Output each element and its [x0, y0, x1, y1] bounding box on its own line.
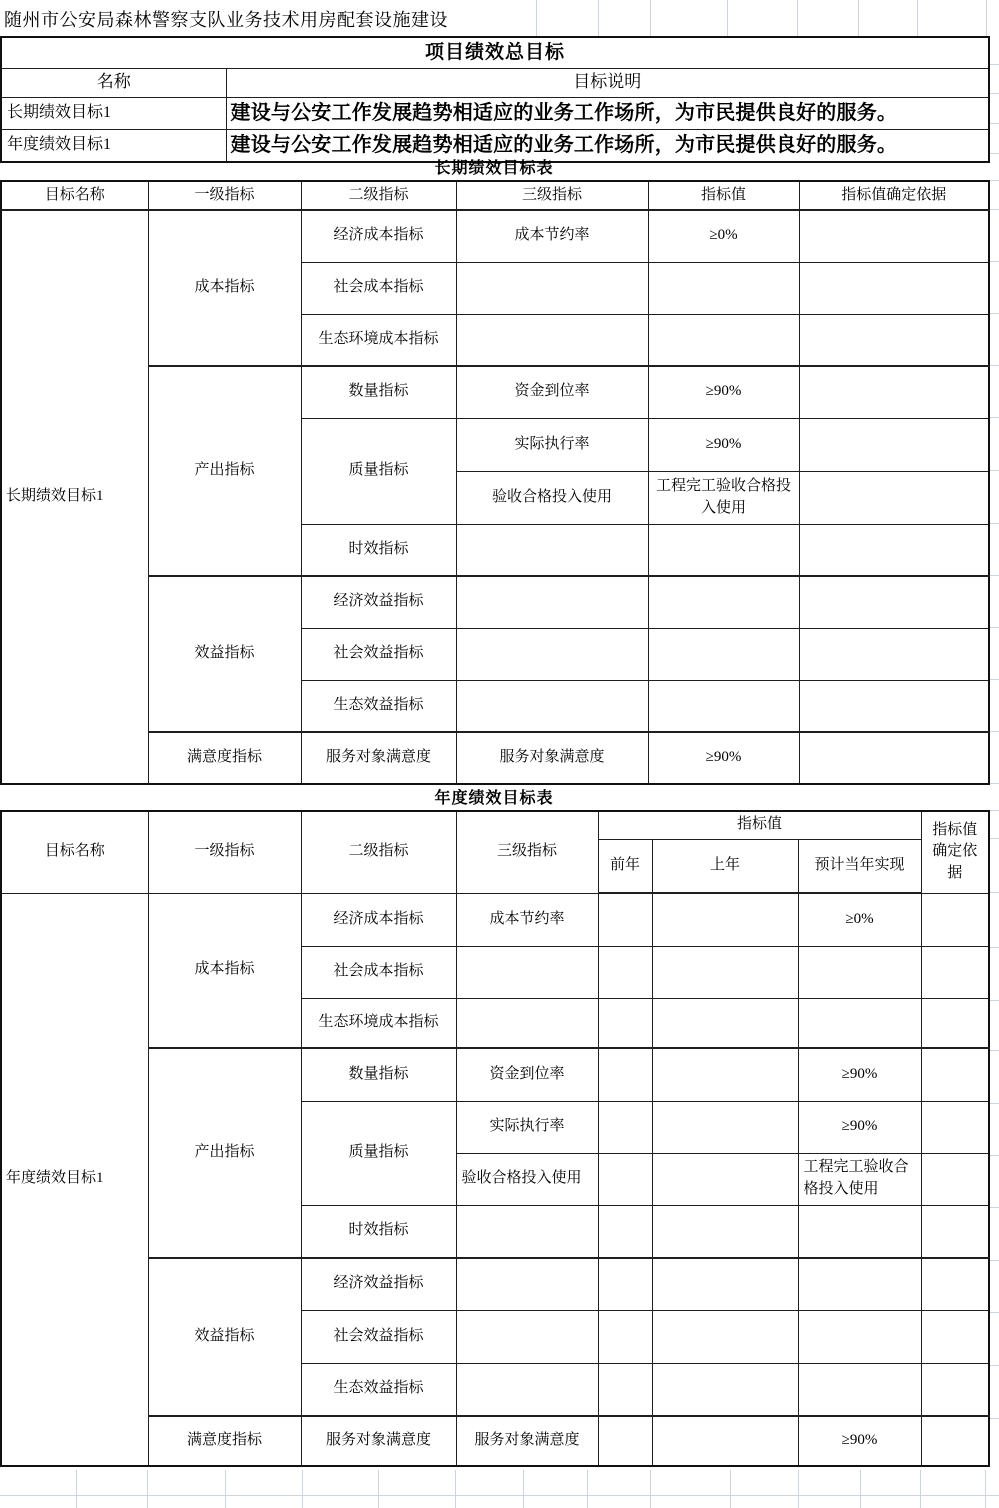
prev-year-cell[interactable] [598, 1153, 652, 1205]
level2-cell[interactable]: 社会成本指标 [301, 262, 456, 314]
level1-cell[interactable]: 效益指标 [148, 576, 301, 732]
value-cell[interactable] [648, 524, 799, 576]
value-cell[interactable] [648, 680, 799, 732]
name-header-cell[interactable]: 名称 [1, 68, 226, 97]
level3-cell[interactable]: 资金到位率 [456, 366, 648, 418]
gridline [860, 1470, 861, 1508]
table-row: 满意度指标 服务对象满意度 服务对象满意度 ≥90% [1, 1416, 989, 1466]
basis-cell[interactable] [799, 524, 989, 576]
col-header-level2[interactable]: 二级指标 [301, 181, 456, 210]
col-header-current-year[interactable]: 预计当年实现 [798, 839, 921, 893]
level2-cell[interactable]: 时效指标 [301, 524, 456, 576]
table-row: 满意度指标 服务对象满意度 服务对象满意度 ≥90% [1, 732, 989, 784]
basis-cell[interactable] [921, 1258, 989, 1310]
level1-cell[interactable]: 成本指标 [148, 210, 301, 366]
value-cell[interactable]: ≥90% [648, 732, 799, 784]
gridline [147, 1470, 148, 1508]
level2-cell[interactable]: 质量指标 [301, 418, 456, 524]
gridline [455, 1470, 456, 1508]
value-cell[interactable]: ≥0% [648, 210, 799, 262]
gridline [798, 1470, 799, 1508]
current-year-cell[interactable] [798, 1258, 921, 1310]
goal-name-cell[interactable]: 长期绩效目标1 [1, 97, 226, 129]
level2-cell[interactable]: 生态环境成本指标 [301, 314, 456, 366]
basis-cell[interactable] [921, 998, 989, 1048]
longterm-table-title[interactable]: 长期绩效目标表 [0, 153, 988, 180]
level2-cell[interactable]: 生态环境成本指标 [301, 998, 456, 1048]
gridline [650, 1470, 651, 1508]
gridline [302, 1470, 303, 1508]
basis-cell[interactable] [921, 1310, 989, 1363]
table-row: 项目绩效总目标 [1, 37, 989, 68]
current-year-cell[interactable]: ≥90% [798, 1416, 921, 1466]
current-year-cell[interactable]: ≥0% [798, 893, 921, 946]
col-header-goal[interactable]: 目标名称 [1, 811, 148, 893]
col-header-level2[interactable]: 二级指标 [301, 811, 456, 893]
prev-year-cell[interactable] [598, 1205, 652, 1258]
current-year-cell[interactable]: ≥90% [798, 1101, 921, 1153]
value-cell[interactable] [648, 262, 799, 314]
prev-year-cell[interactable] [598, 1363, 652, 1416]
current-year-cell[interactable] [798, 1310, 921, 1363]
gridline [650, 0, 651, 36]
prev-year-cell[interactable] [598, 1101, 652, 1153]
gridline [0, 1495, 999, 1496]
annual-table: 目标名称 一级指标 二级指标 三级指标 指标值 指标值确定依据 前年 上年 预计… [0, 810, 990, 1467]
current-year-cell[interactable] [798, 946, 921, 998]
prev-year-cell[interactable] [598, 1048, 652, 1101]
prev-year-cell[interactable] [598, 893, 652, 946]
prev-year-cell[interactable] [598, 946, 652, 998]
level2-cell[interactable]: 数量指标 [301, 366, 456, 418]
value-cell[interactable]: ≥90% [648, 366, 799, 418]
gridline [858, 0, 859, 36]
level3-cell[interactable] [456, 946, 598, 998]
value-cell[interactable] [648, 576, 799, 628]
gridline [797, 0, 798, 36]
table-row: 效益指标 经济效益指标 [1, 1258, 989, 1310]
value-cell[interactable] [648, 628, 799, 680]
value-cell[interactable] [648, 314, 799, 366]
last-year-cell[interactable] [652, 998, 798, 1048]
level3-cell[interactable]: 实际执行率 [456, 418, 648, 471]
current-year-cell[interactable]: 工程完工验收合格投入使用 [798, 1153, 921, 1205]
level3-cell[interactable]: 验收合格投入使用 [456, 471, 648, 524]
level2-cell[interactable]: 服务对象满意度 [301, 1416, 456, 1466]
basis-cell[interactable] [799, 732, 989, 784]
basis-cell[interactable] [799, 576, 989, 628]
last-year-cell[interactable] [652, 1048, 798, 1101]
col-header-level3[interactable]: 三级指标 [456, 181, 648, 210]
gridline [225, 1470, 226, 1508]
level1-cell[interactable]: 成本指标 [148, 893, 301, 1048]
level3-cell[interactable] [456, 1363, 598, 1416]
gridline [76, 1470, 77, 1508]
level2-cell[interactable]: 质量指标 [301, 1101, 456, 1205]
last-year-cell[interactable] [652, 1101, 798, 1153]
gridline [587, 1470, 588, 1508]
col-header-basis[interactable]: 指标值确定依据 [799, 181, 989, 210]
gridline [986, 0, 987, 36]
level3-cell[interactable] [456, 524, 648, 576]
gridline [727, 0, 728, 36]
level3-cell[interactable]: 资金到位率 [456, 1048, 598, 1101]
basis-cell[interactable] [799, 262, 989, 314]
basis-cell[interactable] [921, 946, 989, 998]
level3-cell[interactable] [456, 576, 648, 628]
level2-cell[interactable]: 经济成本指标 [301, 210, 456, 262]
last-year-cell[interactable] [652, 1153, 798, 1205]
table-row: 长期绩效目标1 建设与公安工作发展趋势相适应的业务工作场所，为市民提供良好的服务… [1, 97, 989, 129]
value-cell[interactable]: ≥90% [648, 418, 799, 471]
gridline [523, 1470, 524, 1508]
bottom-gridlines [0, 1470, 999, 1508]
level3-cell[interactable]: 成本节约率 [456, 210, 648, 262]
col-header-level1[interactable]: 一级指标 [148, 181, 301, 210]
gridline [598, 0, 599, 36]
desc-header-cell[interactable]: 目标说明 [226, 68, 989, 97]
gridline [536, 0, 537, 36]
last-year-cell[interactable] [652, 893, 798, 946]
col-header-prev-year[interactable]: 前年 [598, 839, 652, 893]
basis-cell[interactable] [799, 210, 989, 262]
table-row: 长期绩效目标1 成本指标 经济成本指标 成本节约率 ≥0% [1, 210, 989, 262]
level3-cell[interactable] [456, 998, 598, 1048]
level2-cell[interactable]: 生态效益指标 [301, 680, 456, 732]
basis-cell[interactable] [799, 314, 989, 366]
level2-cell[interactable]: 时效指标 [301, 1205, 456, 1258]
gridline [920, 1470, 921, 1508]
col-header-value[interactable]: 指标值 [648, 181, 799, 210]
col-header-value-group[interactable]: 指标值 [598, 811, 921, 839]
last-year-cell[interactable] [652, 1205, 798, 1258]
current-year-cell[interactable] [798, 998, 921, 1048]
prev-year-cell[interactable] [598, 1258, 652, 1310]
level3-cell[interactable] [456, 628, 648, 680]
basis-cell[interactable] [921, 1101, 989, 1153]
prev-year-cell[interactable] [598, 1310, 652, 1363]
level3-cell[interactable] [456, 1310, 598, 1363]
gridline [917, 0, 918, 36]
last-year-cell[interactable] [652, 946, 798, 998]
goal-name-cell[interactable]: 年度绩效目标1 [1, 893, 148, 1466]
basis-cell[interactable] [921, 1153, 989, 1205]
level1-cell[interactable]: 满意度指标 [148, 732, 301, 784]
level3-cell[interactable] [456, 680, 648, 732]
value-cell[interactable]: 工程完工验收合格投入使用 [648, 471, 799, 524]
level2-cell[interactable]: 经济效益指标 [301, 576, 456, 628]
level2-cell[interactable]: 经济成本指标 [301, 893, 456, 946]
level3-cell[interactable]: 验收合格投入使用 [456, 1153, 598, 1205]
prev-year-cell[interactable] [598, 1416, 652, 1466]
header-row: 目标名称 一级指标 二级指标 三级指标 指标值 指标值确定依据 [1, 181, 989, 210]
level1-cell[interactable]: 产出指标 [148, 366, 301, 576]
level2-cell[interactable]: 数量指标 [301, 1048, 456, 1101]
annual-table-title[interactable]: 年度绩效目标表 [0, 783, 988, 810]
gridline [730, 1470, 731, 1508]
level2-cell[interactable]: 社会效益指标 [301, 1310, 456, 1363]
last-year-cell[interactable] [652, 1258, 798, 1310]
spreadsheet-canvas: 随州市公安局森林警察支队业务技术用房配套设施建设 项目绩效总目标 名称 目标说明… [0, 0, 999, 1508]
level2-cell[interactable]: 经济效益指标 [301, 1258, 456, 1310]
level3-cell[interactable]: 实际执行率 [456, 1101, 598, 1153]
level1-cell[interactable]: 产出指标 [148, 1048, 301, 1258]
level3-cell[interactable] [456, 262, 648, 314]
table-row: 年度绩效目标1 成本指标 经济成本指标 成本节约率 ≥0% [1, 893, 989, 946]
table-row: 效益指标 经济效益指标 [1, 576, 989, 628]
basis-cell[interactable] [799, 418, 989, 471]
level3-cell[interactable]: 服务对象满意度 [456, 732, 648, 784]
level3-cell[interactable]: 成本节约率 [456, 893, 598, 946]
table-row: 产出指标 数量指标 资金到位率 ≥90% [1, 1048, 989, 1101]
longterm-table: 目标名称 一级指标 二级指标 三级指标 指标值 指标值确定依据 长期绩效目标1 … [0, 180, 990, 785]
basis-cell[interactable] [921, 1416, 989, 1466]
table-row: 名称 目标说明 [1, 68, 989, 97]
level2-cell[interactable]: 社会成本指标 [301, 946, 456, 998]
level3-cell[interactable] [456, 1205, 598, 1258]
basis-cell[interactable] [921, 1048, 989, 1101]
basis-cell[interactable] [799, 471, 989, 524]
basis-cell[interactable] [921, 893, 989, 946]
summary-table: 项目绩效总目标 名称 目标说明 长期绩效目标1 建设与公安工作发展趋势相适应的业… [0, 36, 990, 163]
summary-title-cell[interactable]: 项目绩效总目标 [1, 37, 989, 68]
last-year-cell[interactable] [652, 1310, 798, 1363]
level2-cell[interactable]: 社会效益指标 [301, 628, 456, 680]
col-header-level1[interactable]: 一级指标 [148, 811, 301, 893]
goal-name-cell[interactable]: 长期绩效目标1 [1, 210, 148, 784]
current-year-cell[interactable] [798, 1205, 921, 1258]
basis-cell[interactable] [799, 628, 989, 680]
current-year-cell[interactable] [798, 1363, 921, 1416]
goal-desc-cell[interactable]: 建设与公安工作发展趋势相适应的业务工作场所，为市民提供良好的服务。 [226, 97, 989, 129]
col-header-level3[interactable]: 三级指标 [456, 811, 598, 893]
level2-cell[interactable]: 服务对象满意度 [301, 732, 456, 784]
last-year-cell[interactable] [652, 1363, 798, 1416]
level1-cell[interactable]: 满意度指标 [148, 1416, 301, 1466]
basis-cell[interactable] [799, 366, 989, 418]
level1-cell[interactable]: 效益指标 [148, 1258, 301, 1416]
prev-year-cell[interactable] [598, 998, 652, 1048]
last-year-cell[interactable] [652, 1416, 798, 1466]
level3-cell[interactable] [456, 314, 648, 366]
current-year-cell[interactable]: ≥90% [798, 1048, 921, 1101]
sheet-title-cell[interactable]: 随州市公安局森林警察支队业务技术用房配套设施建设 [4, 6, 448, 32]
gridline [985, 1470, 986, 1508]
basis-cell[interactable] [799, 680, 989, 732]
basis-cell[interactable] [921, 1363, 989, 1416]
level3-cell[interactable]: 服务对象满意度 [456, 1416, 598, 1466]
level3-cell[interactable] [456, 1258, 598, 1310]
level2-cell[interactable]: 生态效益指标 [301, 1363, 456, 1416]
col-header-last-year[interactable]: 上年 [652, 839, 798, 893]
table-row: 产出指标 数量指标 资金到位率 ≥90% [1, 366, 989, 418]
basis-cell[interactable] [921, 1205, 989, 1258]
col-header-basis[interactable]: 指标值确定依据 [921, 811, 989, 893]
gridline [378, 1470, 379, 1508]
header-row: 目标名称 一级指标 二级指标 三级指标 指标值 指标值确定依据 [1, 811, 989, 839]
col-header-goal[interactable]: 目标名称 [1, 181, 148, 210]
